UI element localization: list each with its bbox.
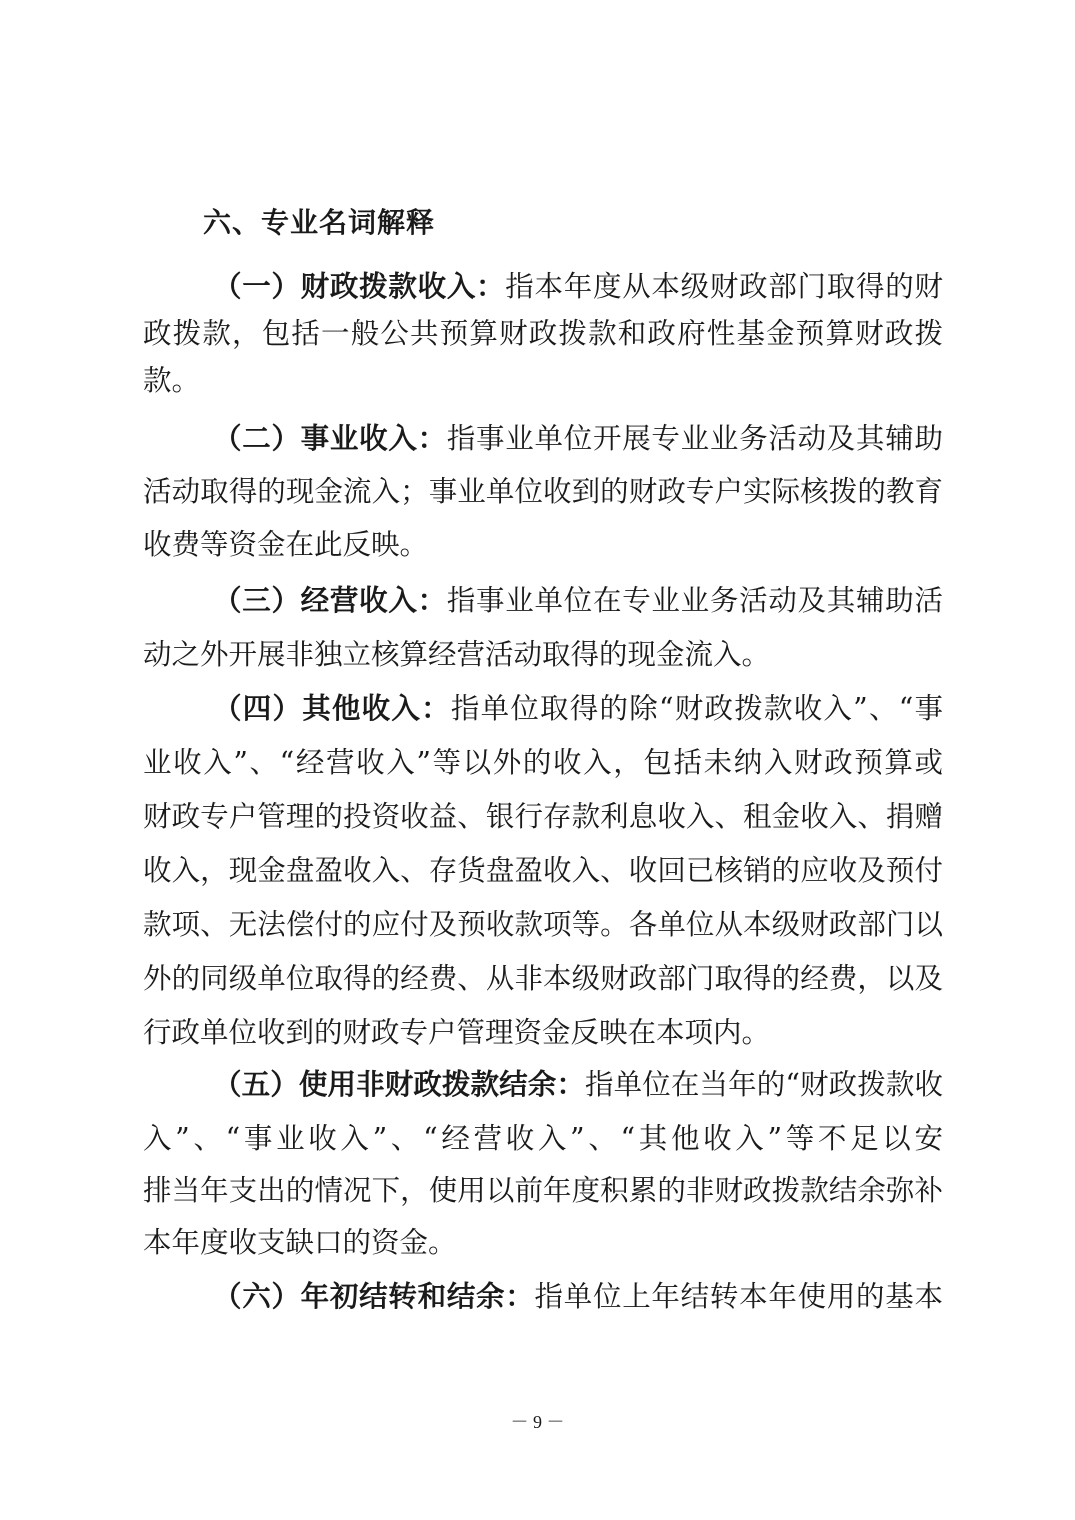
- paragraph-2-line-2: 活动取得的现金流入；事业单位收到的财政专户实际核拨的教育: [143, 467, 943, 517]
- term-fiscal-appropriation-income: （一）财政拨款收入：: [213, 270, 505, 303]
- document-page: 六、专业名词解释 （一）财政拨款收入：指本年度从本级财政部门取得的财 政拨款，包…: [0, 0, 1075, 1520]
- paragraph-4-line-7: 行政单位收到的财政专户管理资金反映在本项内。: [143, 1008, 943, 1058]
- paragraph-5-line-4: 本年度收支缺口的资金。: [143, 1218, 943, 1268]
- paragraph-4-line-4: 收入，现金盘盈收入、存货盘盈收入、收回已核销的应收及预付: [143, 846, 943, 896]
- paragraph-1-line-2: 政拨款，包括一般公共预算财政拨款和政府性基金预算财政拨: [143, 309, 943, 359]
- paragraph-2-line-3: 收费等资金在此反映。: [143, 520, 943, 570]
- term-beginning-carryover-and-balance: （六）年初结转和结余：: [213, 1280, 535, 1313]
- paragraph-1-line-1: （一）财政拨款收入：指本年度从本级财政部门取得的财: [213, 262, 943, 312]
- paragraph-3-line-2: 动之外开展非独立核算经营活动取得的现金流入。: [143, 630, 943, 680]
- paragraph-4-line-6: 外的同级单位取得的经费、从非本级财政部门取得的经费，以及: [143, 954, 943, 1004]
- page-number: － 9 －: [0, 1408, 1075, 1434]
- section-heading: 六、专业名词解释: [203, 198, 435, 248]
- paragraph-6-line-1: （六）年初结转和结余：指单位上年结转本年使用的基本: [213, 1272, 943, 1322]
- term-operating-income: （三）经营收入：: [213, 584, 447, 617]
- term-use-of-non-fiscal-balance: （五）使用非财政拨款结余：: [213, 1068, 585, 1101]
- paragraph-4-line-2: 业收入”、“经营收入”等以外的收入，包括未纳入财政预算或: [143, 738, 943, 788]
- paragraph-5-line-3: 排当年支出的情况下，使用以前年度积累的非财政拨款结余弥补: [143, 1166, 943, 1216]
- paragraph-5-line-1: （五）使用非财政拨款结余：指单位在当年的“财政拨款收: [213, 1060, 943, 1110]
- paragraph-4-line-3: 财政专户管理的投资收益、银行存款利息收入、租金收入、捐赠: [143, 792, 943, 842]
- term-other-income: （四）其他收入：: [213, 692, 451, 725]
- paragraph-2-line-1: （二）事业收入：指事业单位开展专业业务活动及其辅助: [213, 414, 943, 464]
- paragraph-3-line-1: （三）经营收入：指事业单位在专业业务活动及其辅助活: [213, 576, 943, 626]
- term-business-income: （二）事业收入：: [213, 422, 447, 455]
- paragraph-1-line-3: 款。: [143, 356, 943, 406]
- paragraph-4-line-5: 款项、无法偿付的应付及预收款项等。各单位从本级财政部门以: [143, 900, 943, 950]
- paragraph-4-line-1: （四）其他收入：指单位取得的除“财政拨款收入”、“事: [213, 684, 943, 734]
- paragraph-5-line-2: 入”、“事业收入”、“经营收入”、“其他收入”等不足以安: [143, 1114, 943, 1164]
